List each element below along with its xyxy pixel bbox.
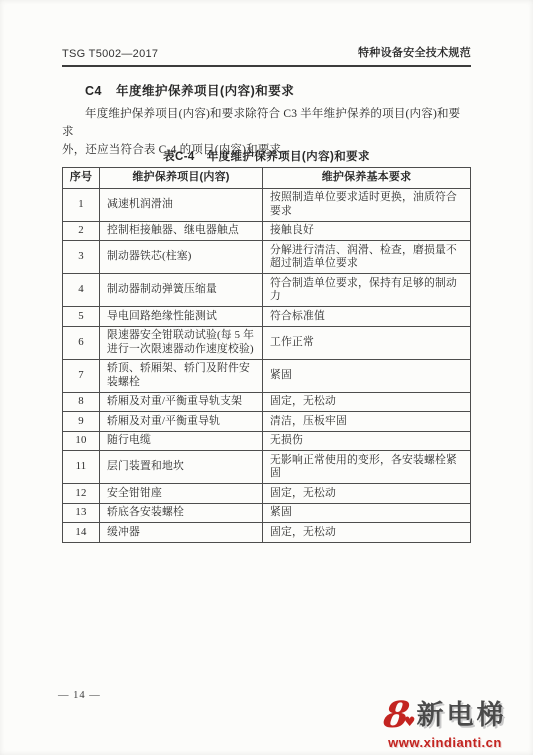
document-page: TSG T5002—2017 特种设备安全技术规范 C4年度维护保养项目(内容)… bbox=[0, 0, 533, 755]
row-number: 2 bbox=[63, 221, 100, 241]
table-row: 1减速机润滑油按照制造单位要求适时更换，油质符合要求 bbox=[63, 188, 471, 221]
requirement-cell: 分解进行清洁、润滑、检查，磨损量不超过制造单位要求 bbox=[263, 241, 471, 274]
item-cell: 缓冲器 bbox=[100, 523, 263, 543]
table-row: 14缓冲器固定，无松动 bbox=[63, 523, 471, 543]
requirement-cell: 按照制造单位要求适时更换，油质符合要求 bbox=[263, 188, 471, 221]
requirement-cell: 紧固 bbox=[263, 359, 471, 392]
table-caption-title: 年度维护保养项目(内容)和要求 bbox=[207, 151, 370, 163]
requirement-cell: 符合制造单位要求，保持有足够的制动力 bbox=[263, 274, 471, 307]
row-number: 7 bbox=[63, 359, 100, 392]
document-code: TSG T5002—2017 bbox=[62, 48, 158, 60]
item-cell: 轿底各安装螺栓 bbox=[100, 503, 263, 523]
requirement-cell: 固定，无松动 bbox=[263, 523, 471, 543]
paragraph-line-1: 年度维护保养项目(内容)和要求除符合 C3 半年维护保养的项目(内容)和要求 bbox=[62, 105, 472, 141]
xindianti-logo-icon: 8 ♥ bbox=[384, 696, 414, 734]
table-row: 10随行电缆无损伤 bbox=[63, 431, 471, 451]
row-number: 14 bbox=[63, 523, 100, 543]
table-row: 13轿底各安装螺栓紧固 bbox=[63, 503, 471, 523]
item-cell: 导电回路绝缘性能测试 bbox=[100, 307, 263, 327]
requirement-cell: 工作正常 bbox=[263, 326, 471, 359]
row-number: 1 bbox=[63, 188, 100, 221]
item-cell: 轿顶、轿厢架、轿门及附件安装螺栓 bbox=[100, 359, 263, 392]
row-number: 11 bbox=[63, 451, 100, 484]
requirement-cell: 清洁，压板牢固 bbox=[263, 412, 471, 432]
document-spec-title: 特种设备安全技术规范 bbox=[358, 44, 471, 60]
section-title: 年度维护保养项目(内容)和要求 bbox=[116, 84, 294, 98]
maintenance-table: 序号 维护保养项目(内容) 维护保养基本要求 1减速机润滑油按照制造单位要求适时… bbox=[62, 167, 471, 543]
table-row: 5导电回路绝缘性能测试符合标准值 bbox=[63, 307, 471, 327]
row-number: 9 bbox=[63, 412, 100, 432]
section-number: C4 bbox=[85, 84, 102, 98]
item-cell: 安全钳钳座 bbox=[100, 484, 263, 504]
table-row: 7轿顶、轿厢架、轿门及附件安装螺栓紧固 bbox=[63, 359, 471, 392]
column-header-req: 维护保养基本要求 bbox=[263, 168, 471, 189]
row-number: 13 bbox=[63, 503, 100, 523]
table-row: 3制动器铁芯(柱塞)分解进行清洁、润滑、检查，磨损量不超过制造单位要求 bbox=[63, 241, 471, 274]
item-cell: 层门装置和地坎 bbox=[100, 451, 263, 484]
row-number: 4 bbox=[63, 274, 100, 307]
row-number: 10 bbox=[63, 431, 100, 451]
row-number: 6 bbox=[63, 326, 100, 359]
table-caption-label: 表C-4 bbox=[163, 151, 195, 163]
table-row: 4制动器制动弹簧压缩量符合制造单位要求，保持有足够的制动力 bbox=[63, 274, 471, 307]
logo-brand-text: 新电梯 bbox=[417, 700, 507, 730]
logo-heart-icon: ♥ bbox=[404, 715, 416, 730]
row-number: 8 bbox=[63, 392, 100, 412]
row-number: 3 bbox=[63, 241, 100, 274]
item-cell: 制动器铁芯(柱塞) bbox=[100, 241, 263, 274]
item-cell: 轿厢及对重/平衡重导轨 bbox=[100, 412, 263, 432]
table-row: 8轿厢及对重/平衡重导轨支架固定，无松动 bbox=[63, 392, 471, 412]
requirement-cell: 接触良好 bbox=[263, 221, 471, 241]
item-cell: 制动器制动弹簧压缩量 bbox=[100, 274, 263, 307]
item-cell: 减速机润滑油 bbox=[100, 188, 263, 221]
table-row: 2控制柜接触器、继电器触点接触良好 bbox=[63, 221, 471, 241]
item-cell: 限速器安全钳联动试验(每 5 年进行一次限速器动作速度校验) bbox=[100, 326, 263, 359]
column-header-item: 维护保养项目(内容) bbox=[100, 168, 263, 189]
requirement-cell: 固定，无松动 bbox=[263, 392, 471, 412]
item-cell: 控制柜接触器、继电器触点 bbox=[100, 221, 263, 241]
logo-website-url: www.xindianti.cn bbox=[388, 735, 502, 750]
table-row: 9轿厢及对重/平衡重导轨清洁，压板牢固 bbox=[63, 412, 471, 432]
column-header-no: 序号 bbox=[63, 168, 100, 189]
page-header: TSG T5002—2017 特种设备安全技术规范 bbox=[62, 44, 471, 67]
row-number: 12 bbox=[63, 484, 100, 504]
page-number: — 14 — bbox=[58, 690, 101, 701]
xindianti-watermark-logo: 8 ♥ 新电梯 www.xindianti.cn bbox=[360, 696, 530, 750]
table-row: 11层门装置和地坎无影响正常使用的变形，各安装螺栓紧固 bbox=[63, 451, 471, 484]
requirement-cell: 紧固 bbox=[263, 503, 471, 523]
requirement-cell: 无影响正常使用的变形，各安装螺栓紧固 bbox=[263, 451, 471, 484]
table-row: 12安全钳钳座固定，无松动 bbox=[63, 484, 471, 504]
table-caption: 表C-4年度维护保养项目(内容)和要求 bbox=[62, 148, 471, 164]
requirement-cell: 无损伤 bbox=[263, 431, 471, 451]
requirement-cell: 固定，无松动 bbox=[263, 484, 471, 504]
section-heading: C4年度维护保养项目(内容)和要求 bbox=[85, 81, 294, 99]
requirement-cell: 符合标准值 bbox=[263, 307, 471, 327]
row-number: 5 bbox=[63, 307, 100, 327]
table-header-row: 序号 维护保养项目(内容) 维护保养基本要求 bbox=[63, 168, 471, 189]
item-cell: 轿厢及对重/平衡重导轨支架 bbox=[100, 392, 263, 412]
item-cell: 随行电缆 bbox=[100, 431, 263, 451]
table-row: 6限速器安全钳联动试验(每 5 年进行一次限速器动作速度校验)工作正常 bbox=[63, 326, 471, 359]
